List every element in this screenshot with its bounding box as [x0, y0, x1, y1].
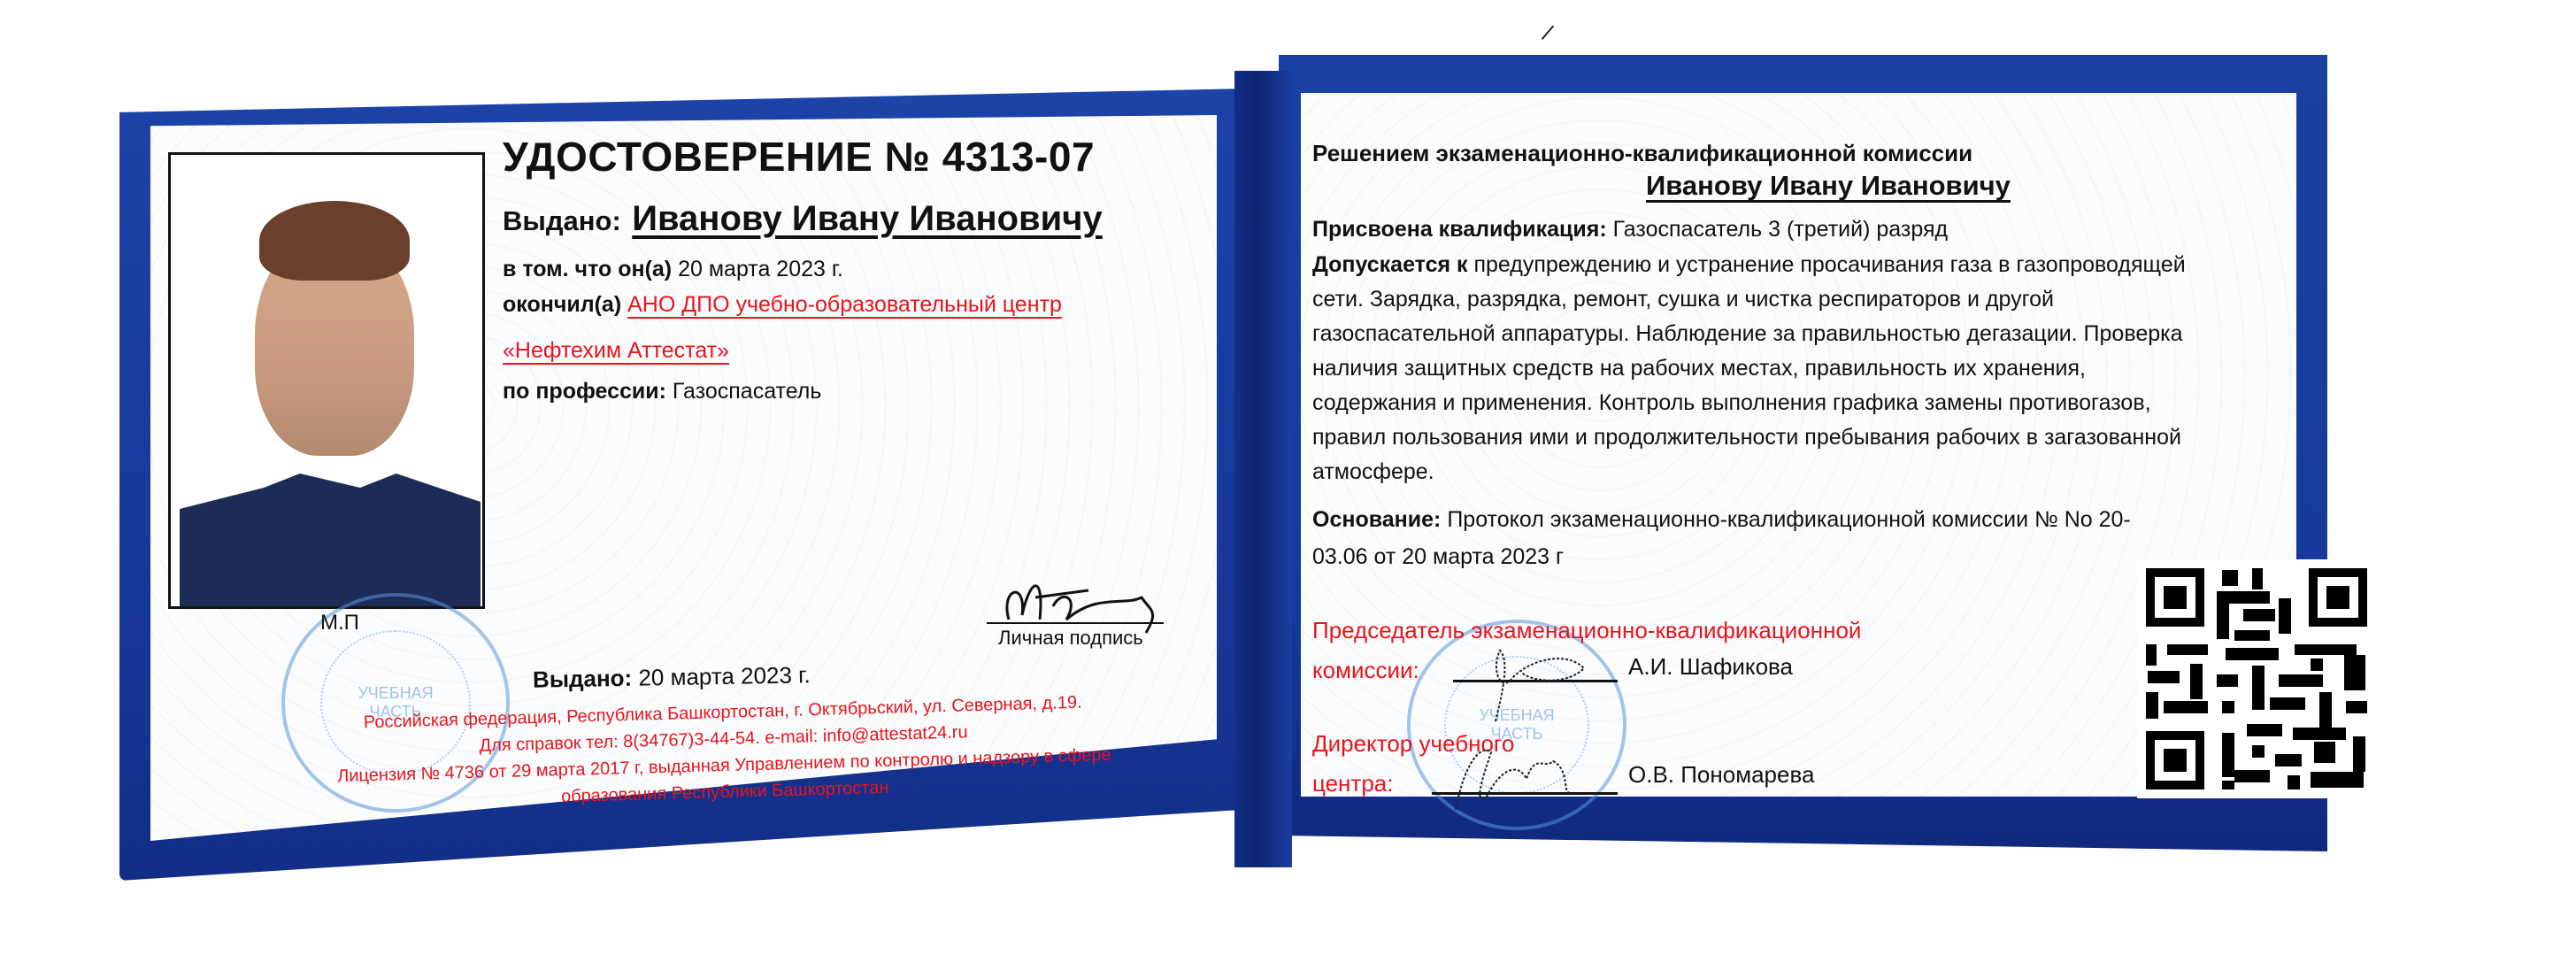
graduated-label: окончил(а) [503, 292, 621, 317]
admitted-line: атмосфере. [1312, 455, 2186, 489]
admitted-line: предупреждению и устранение просачивания… [1473, 252, 2185, 277]
signature-line [987, 622, 1164, 624]
cover-spine [1234, 71, 1292, 867]
that-label: в том. что он(а) [503, 257, 672, 281]
completion-date: 20 марта 2023 г. [678, 257, 843, 281]
admitted-line: правил пользования ими и продолжительнос… [1312, 420, 2186, 455]
chair-name: А.И. Шафикова [1628, 653, 1793, 681]
qualification-label: Присвоена квалификация: [1312, 217, 1607, 242]
profession-label: по профессии: [503, 379, 666, 404]
pen-mark: / [1539, 19, 1557, 47]
issued-to-row: Выдано: Иванову Ивану Ивановичу [503, 199, 1103, 239]
admitted-line: наличия защитных средств на рабочих мест… [1312, 351, 2186, 386]
admitted-line: содержания и применения. Контроль выполн… [1312, 386, 2186, 420]
qr-code [2137, 559, 2376, 798]
director-name: О.В. Пономарева [1628, 761, 1814, 789]
admitted-line: сети. Зарядка, разрядка, ремонт, сушка и… [1312, 282, 2186, 317]
school-name-line2: «Нефтехим Аттестат» [503, 338, 729, 364]
stamp-place-label: М.П [320, 611, 359, 635]
admitted-block: Допускается к предупреждению и устранени… [1312, 248, 2186, 489]
basis-label: Основание: [1312, 507, 1441, 532]
admitted-line: газоспасательной аппаратуры. Наблюдение … [1312, 317, 2186, 351]
certificate-title: УДОСТОВЕРЕНИЕ № 4313-07 [503, 133, 1095, 181]
basis-line2: 03.06 от 20 марта 2023 г [1312, 538, 2131, 575]
holder-name: Иванову Ивану Ивановичу [632, 199, 1102, 238]
holder-photo [168, 152, 485, 609]
photo-hair [259, 201, 410, 281]
director-signature [1438, 726, 1615, 823]
profession-value: Газоспасатель [673, 379, 822, 404]
photo-shirt [180, 474, 481, 609]
completion-date-row: в том. что он(а) 20 марта 2023 г. [503, 257, 843, 282]
director-label-line2: центра: [1312, 770, 1393, 797]
basis-block: Основание: Протокол экзаменационно-квали… [1312, 501, 2131, 575]
issued-date-value: 20 марта 2023 г. [638, 661, 811, 690]
qualification-value: Газоспасатель 3 (третий) разряд [1613, 217, 1948, 242]
issued-date-row: Выдано: 20 марта 2023 г. [533, 661, 811, 693]
admitted-label: Допускается к [1312, 252, 1468, 277]
decision-heading: Решением экзаменационно-квалификационной… [1312, 140, 1972, 167]
profession-row: по профессии: Газоспасатель [503, 379, 821, 404]
issued-to-label: Выдано: [503, 205, 621, 236]
chair-signature [1460, 633, 1593, 739]
school-name-line1: АНО ДПО учебно-образовательный центр [627, 292, 1062, 317]
qualification-row: Присвоена квалификация: Газоспасатель 3 … [1312, 217, 1948, 243]
school-row: окончил(а) АНО ДПО учебно-образовательны… [503, 292, 1062, 318]
chair-label-line2: комиссии: [1312, 657, 1419, 684]
stamp-text: УЧЕБНАЯ [358, 684, 433, 703]
signature-caption: Личная подпись [998, 627, 1143, 650]
issued-date-label: Выдано: [533, 665, 633, 693]
basis-line1: Протокол экзаменационно-квалификационной… [1447, 507, 2130, 532]
holder-name-right: Иванову Ивану Ивановичу [1646, 170, 2011, 202]
